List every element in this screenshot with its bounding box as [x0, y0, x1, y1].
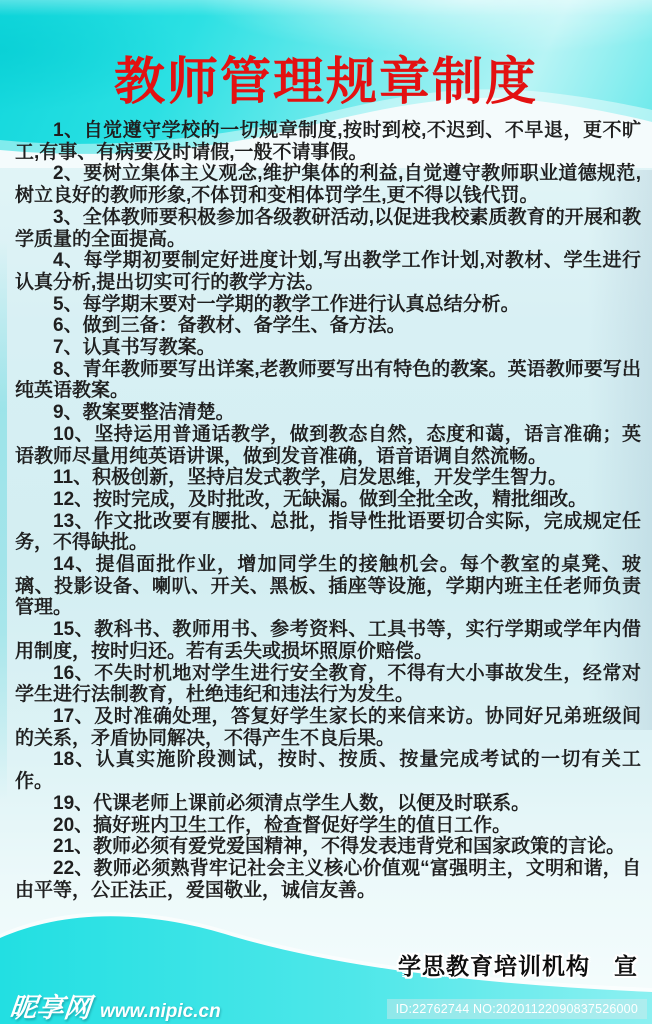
rule-item: 9、教案要整洁清楚。	[15, 402, 641, 424]
rule-item: 4、每学期初要制定好进度计划,写出教学工作计划,对教材、学生进行认真分析,提出切…	[15, 250, 641, 293]
site-watermark: 昵享网 www.nipic.cn	[10, 986, 221, 1024]
rule-item: 16、不失时机地对学生进行安全教育，不得有大小事故发生，经常对学生进行法制教育，…	[15, 663, 641, 706]
rule-item: 20、搞好班内卫生工作，检查督促好学生的值日工作。	[15, 815, 641, 837]
watermark-logo: 昵享网	[8, 986, 93, 1024]
rule-item: 1、自觉遵守学校的一切规章制度,按时到校,不迟到、不早退，更不旷工,有事、有病要…	[15, 120, 641, 163]
rule-item: 7、认真书写教案。	[15, 337, 641, 359]
watermark-url: www.nipic.cn	[100, 1001, 221, 1023]
rule-item: 17、及时准确处理，答复好学生家长的来信来访。协同好兄弟班级间的关系，矛盾协同解…	[15, 706, 641, 749]
publisher-credit: 学思教育培训机构 宣	[398, 948, 638, 981]
rule-item: 3、全体教师要积极参加各级教研活动,以促进我校素质教育的开展和教学质量的全面提高…	[15, 207, 641, 250]
rule-item: 19、代课老师上课前必须清点学生人数，以便及时联系。	[15, 793, 641, 815]
image-id-badge: ID:22762744 NO:20201122090837526000	[387, 999, 647, 1019]
rule-item: 22、教师必须熟背牢记社会主义核心价值观“富强明主，文明和谐，自由平等，公正法正…	[15, 858, 641, 901]
left-edge-strip	[0, 240, 7, 800]
regulations-poster: 教师管理规章制度 1、自觉遵守学校的一切规章制度,按时到校,不迟到、不早退，更不…	[0, 0, 652, 1024]
rule-item: 18、认真实施阶段测试，按时、按质、按量完成考试的一切有关工作。	[15, 749, 641, 792]
rule-item: 8、青年教师要写出详案,老教师要写出有特色的教案。英语教师要写出纯英语教案。	[15, 359, 641, 402]
rule-item: 21、教师必须有爱党爱国精神，不得发表违背党和国家政策的言论。	[15, 836, 641, 858]
rule-item: 15、教科书、教师用书、参考资料、工具书等，实行学期或学年内借用制度，按时归还。…	[15, 619, 641, 662]
page-title: 教师管理规章制度	[0, 40, 652, 114]
rule-item: 5、每学期末要对一学期的教学工作进行认真总结分析。	[15, 294, 641, 316]
rule-item: 12、按时完成，及时批改，无缺漏。做到全批全改，精批细改。	[15, 489, 641, 511]
rules-list: 1、自觉遵守学校的一切规章制度,按时到校,不迟到、不早退，更不旷工,有事、有病要…	[15, 120, 641, 901]
rule-item: 6、做到三备：备教材、备学生、备方法。	[15, 315, 641, 337]
rule-item: 10、坚持运用普通话教学，做到教态自然，态度和蔼，语言准确；英语教师尽量用纯英语…	[15, 424, 641, 467]
rule-item: 14、提倡面批作业，增加同学生的接触机会。每个教室的桌凳、玻璃、投影设备、喇叭、…	[15, 554, 641, 619]
rule-item: 11、积极创新，坚持启发式教学，启发思维，开发学生智力。	[15, 467, 641, 489]
rule-item: 2、要树立集体主义观念,维护集体的利益,自觉遵守教师职业道德规范,树立良好的教师…	[15, 163, 641, 206]
rule-item: 13、作文批改要有腰批、总批，指导性批语要切合实际，完成规定任务，不得缺批。	[15, 511, 641, 554]
